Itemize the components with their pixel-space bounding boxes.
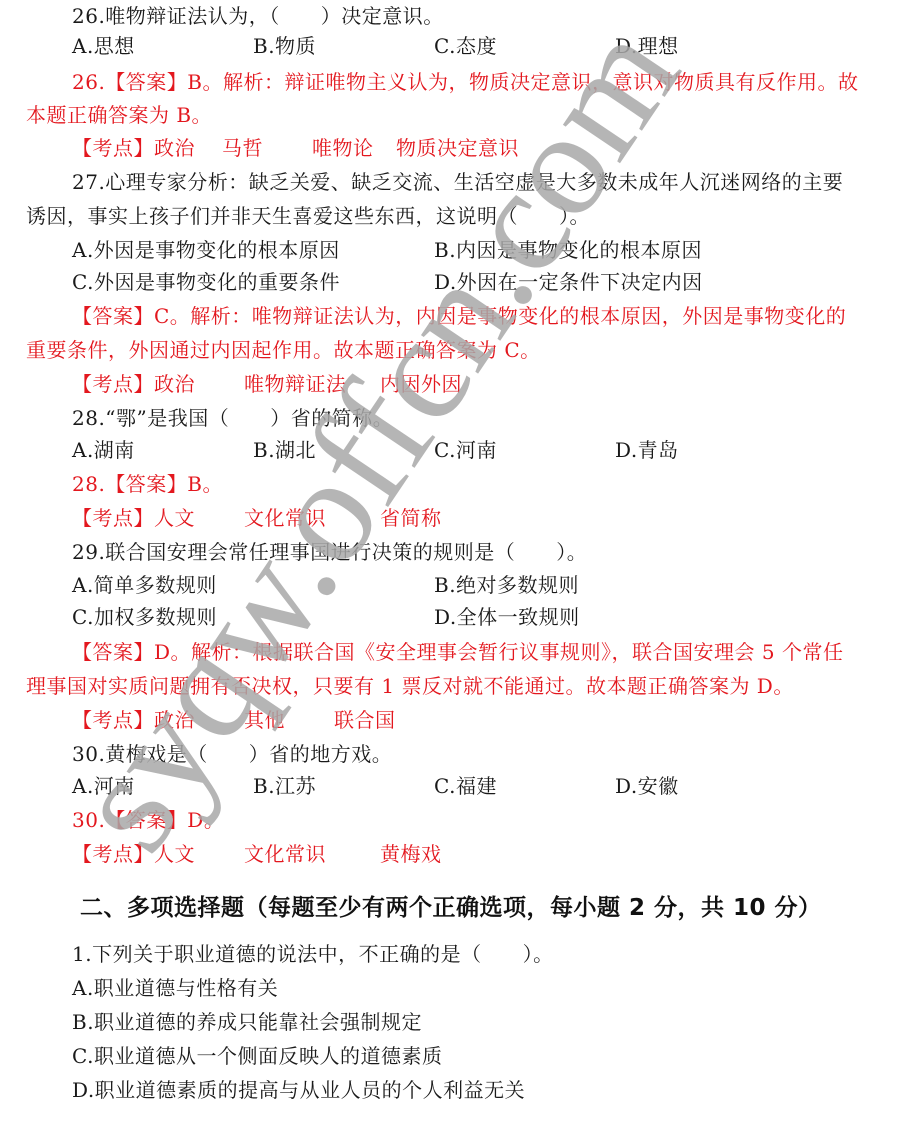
question-29-answer-line-2: 理事国对实质问题拥有否决权，只要有 1 票反对就不能通过。故本题正确答案为 D。: [26, 674, 794, 698]
question-30-stem: 30.黄梅戏是（ ）省的地方戏。: [72, 742, 392, 766]
multi-option-d: D.职业道德素质的提高与从业人员的个人利益无关: [72, 1078, 525, 1102]
kaodian-label: 【考点】: [72, 506, 154, 530]
question-26-answer-line-2: 本题正确答案为 B。: [26, 103, 212, 127]
kaodian-label: 【考点】: [72, 136, 154, 160]
question-28-answer: 28.【答案】B。: [72, 472, 223, 496]
kaodian-item: 人文: [154, 842, 244, 866]
kaodian-label: 【考点】: [72, 708, 154, 732]
option-d: D.理想: [615, 34, 679, 58]
multi-option-b: B.职业道德的养成只能靠社会强制规定: [72, 1010, 422, 1034]
option-b: B.物质: [253, 34, 316, 58]
option-b: B.绝对多数规则: [434, 573, 579, 597]
option-d: D.外因在一定条件下决定内因: [434, 270, 703, 294]
kaodian-item: 唯物辩证法: [244, 372, 380, 396]
option-a: A.外因是事物变化的根本原因: [72, 238, 340, 262]
question-26-answer-line-1: 26.【答案】B。解析：辩证唯物主义认为，物质决定意识，意识对物质具有反作用。故: [72, 70, 859, 94]
option-a: A.河南: [72, 774, 135, 798]
kaodian-item: 政治: [154, 372, 244, 396]
option-b: B.内因是事物变化的根本原因: [434, 238, 702, 262]
multi-question-1-stem: 1.下列关于职业道德的说法中，不正确的是（ ）。: [72, 942, 554, 966]
kaodian-item: 文化常识: [244, 842, 380, 866]
kaodian-label: 【考点】: [72, 372, 154, 396]
option-b: B.江苏: [253, 774, 316, 798]
question-27-stem-line-1: 27.心理专家分析：缺乏关爱、缺乏交流、生活空虚是大多数未成年人沉迷网络的主要: [72, 170, 843, 194]
question-28-stem: 28.“鄂”是我国（ ）省的简称。: [72, 406, 393, 430]
question-27-kaodian: 【考点】政治唯物辩证法内因外因: [72, 372, 462, 396]
kaodian-item: 文化常识: [244, 506, 380, 530]
question-29-stem: 29.联合国安理会常任理事国进行决策的规则是（ ）。: [72, 540, 587, 564]
question-30-kaodian: 【考点】人文文化常识黄梅戏: [72, 842, 442, 866]
option-a: A.思想: [72, 34, 135, 58]
option-a: A.简单多数规则: [72, 573, 217, 597]
option-d: D.全体一致规则: [434, 605, 580, 629]
kaodian-item: 物质决定意识: [396, 136, 519, 160]
kaodian-item: 政治: [154, 708, 244, 732]
option-c: C.态度: [434, 34, 497, 58]
question-29-kaodian: 【考点】政治其他联合国: [72, 708, 396, 732]
question-27-answer-line-1: 【答案】C。解析：唯物辩证法认为，内因是事物变化的根本原因，外因是事物变化的: [72, 304, 846, 328]
option-c: C.福建: [434, 774, 497, 798]
kaodian-item: 内因外因: [380, 372, 462, 396]
kaodian-label: 【考点】: [72, 842, 154, 866]
section-heading: 二、多项选择题（每题至少有两个正确选项，每小题 2 分，共 10 分）: [80, 893, 822, 923]
kaodian-item: 黄梅戏: [380, 842, 442, 866]
multi-option-a: A.职业道德与性格有关: [72, 976, 278, 1000]
kaodian-item: 马哲: [222, 136, 312, 160]
question-29-answer-line-1: 【答案】D。解析：根据联合国《安全理事会暂行议事规则》，联合国安理会 5 个常任: [72, 640, 843, 664]
question-28-kaodian: 【考点】人文文化常识省简称: [72, 506, 442, 530]
option-a: A.湖南: [72, 438, 135, 462]
question-27-stem-line-2: 诱因，事实上孩子们并非天生喜爱这些东西，这说明（ ）。: [26, 204, 590, 228]
question-26-kaodian: 【考点】政治马哲唯物论物质决定意识: [72, 136, 519, 160]
option-c: C.河南: [434, 438, 497, 462]
question-27-answer-line-2: 重要条件，外因通过内因起作用。故本题正确答案为 C。: [26, 338, 541, 362]
kaodian-item: 联合国: [334, 708, 396, 732]
option-c: C.加权多数规则: [72, 605, 217, 629]
option-d: D.青岛: [615, 438, 679, 462]
question-26-stem: 26.唯物辩证法认为，（ ）决定意识。: [72, 4, 444, 28]
question-30-answer: 30.【答案】D。: [72, 808, 224, 832]
document-page: 26.唯物辩证法认为，（ ）决定意识。 A.思想 B.物质 C.态度 D.理想 …: [0, 0, 907, 1137]
option-d: D.安徽: [615, 774, 679, 798]
kaodian-item: 省简称: [380, 506, 442, 530]
kaodian-item: 人文: [154, 506, 244, 530]
kaodian-item: 政治: [154, 136, 222, 160]
option-b: B.湖北: [253, 438, 316, 462]
option-c: C.外因是事物变化的重要条件: [72, 270, 340, 294]
kaodian-item: 其他: [244, 708, 334, 732]
kaodian-item: 唯物论: [312, 136, 396, 160]
multi-option-c: C.职业道德从一个侧面反映人的道德素质: [72, 1044, 442, 1068]
